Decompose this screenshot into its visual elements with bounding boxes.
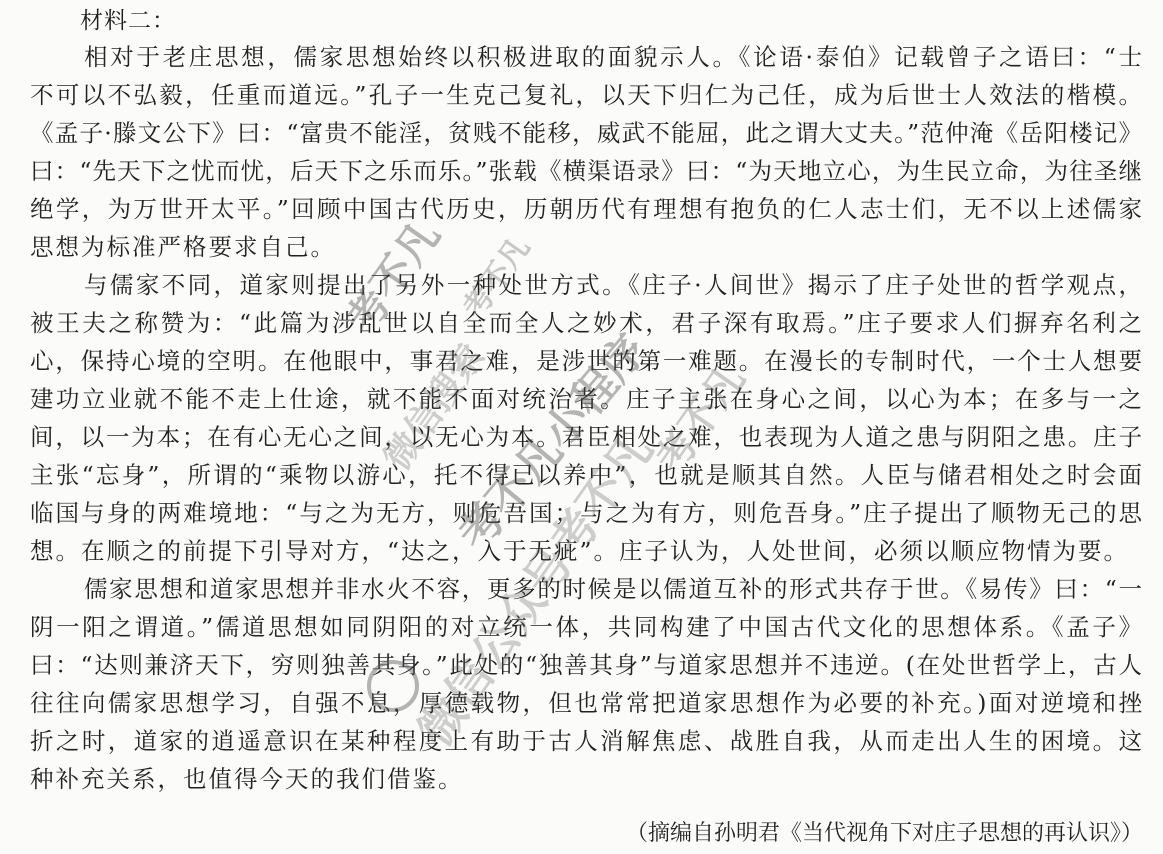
paragraph-2-line-7: 临国与身的两难境地：“与之为无方，则危吾国；与之为有方，则危吾身。”庄子提出了顺… [30,494,1142,528]
paragraph-3-line-6: 种补充关系，也值得今天的我们借鉴。 [30,760,1142,794]
paragraph-3-line-2: 阴一阳之谓道。”儒道思想如同阴阳的对立统一体，共同构建了中国古代文化的思想体系。… [30,608,1142,642]
paragraph-3-line-4: 往往向儒家思想学习，自强不息，厚德载物，但也常常把道家思想作为必要的补充。)面对… [30,684,1142,718]
paragraph-1-line-1: 相对于老庄思想，儒家思想始终以积极进取的面貌示人。《论语·泰伯》记载曾子之语曰：… [84,38,1142,72]
paragraph-3-line-1: 儒家思想和道家思想并非水火不容，更多的时候是以儒道互补的形式共存于世。《易传》曰… [84,570,1142,604]
material-heading: 材料二： [80,2,176,35]
watermark-logo-icon [367,660,419,712]
paragraph-1-line-4: 曰：“先天下之忧而忧，后天下之乐而乐。”张载《横渠语录》曰：“为天地立心，为生民… [30,152,1142,186]
paragraph-2-line-3: 心，保持心境的空明。在他眼中，事君之难，是涉世的第一难题。在漫长的专制时代，一个… [30,342,1142,376]
paragraph-2-line-2: 被王夫之称赞为：“此篇为涉乱世以自全而全人之妙术，君子深有取焉。”庄子要求人们摒… [30,304,1142,338]
paragraph-1-line-6: 思想为标准严格要求自己。 [30,228,1142,262]
paragraph-2-line-4: 建功立业就不能不走上仕途，就不能不面对统治者。庄子主张在身心之间，以心为本；在多… [30,380,1142,414]
paragraph-2-line-5: 间，以一为本；在有心无心之间，以无心为本。君臣相处之难，也表现为人道之患与阴阳之… [30,418,1142,452]
paragraph-2-line-8: 想。在顺之的前提下引导对方，“达之，入于无疵”。庄子认为，人处世间，必须以顺应物… [30,532,1142,566]
source-citation: （摘编自孙明君《当代视角下对庄子思想的再认识》） [626,816,1143,847]
paragraph-1-line-3: 《孟子·滕文公下》曰：“富贵不能淫，贫贱不能移，威武不能屈，此之谓大丈夫。”范仲… [30,114,1142,148]
paragraph-2-line-1: 与儒家不同，道家则提出了另外一种处世方式。《庄子·人间世》揭示了庄子处世的哲学观… [84,266,1142,300]
paragraph-2-line-6: 主张“忘身”，所谓的“乘物以游心，托不得已以养中”，也就是顺其自然。人臣与储君相… [30,456,1142,490]
paragraph-1-line-2: 不可以不弘毅，任重而道远。”孔子一生克己复礼，以天下归仁为己任，成为后世士人效法… [30,76,1142,110]
paragraph-3-line-5: 折之时，道家的逍遥意识在某种程度上有助于古人消解焦虑、战胜自我，从而走出人生的困… [30,722,1142,756]
paragraph-3-line-3: 曰：“达则兼济天下，穷则独善其身。”此处的“独善其身”与道家思想并不违逆。(在处… [30,646,1142,680]
paragraph-1-line-5: 绝学，为万世开太平。”回顾中国古代历史，历朝历代有理想有抱负的仁人志士们，无不以… [30,190,1142,224]
